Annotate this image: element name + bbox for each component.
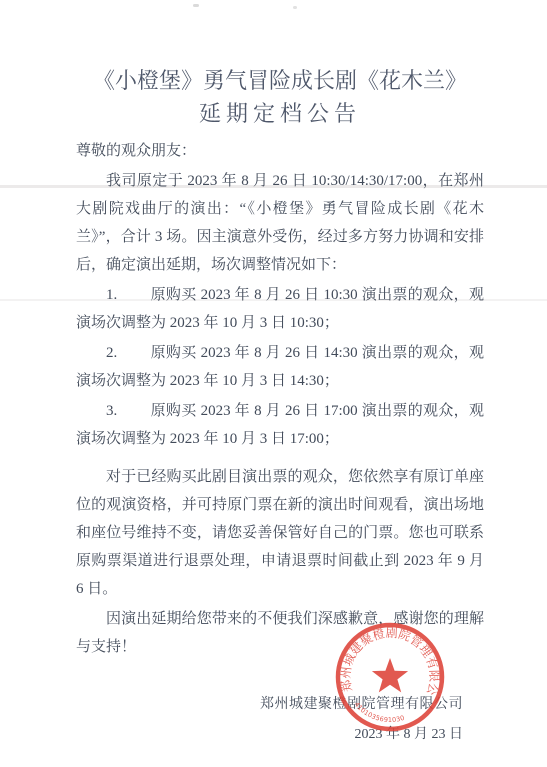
title-line1: 《小橙堡》勇气冒险成长剧《花木兰》 [76, 64, 484, 97]
schedule-item-3: 3.原购买 2023 年 8 月 26 日 17:00 演出票的观众，观演场次调… [76, 397, 484, 453]
schedule-item-2: 2.原购买 2023 年 8 月 26 日 14:30 演出票的观众，观演场次调… [76, 339, 484, 395]
page-title: 《小橙堡》勇气冒险成长剧《花木兰》 延期定档公告 [76, 64, 484, 130]
item-1-number: 1. [106, 287, 117, 303]
item-3-text: 原购买 2023 年 8 月 26 日 17:00 演出票的观众，观演场次调整为… [76, 403, 484, 447]
announcement-document: 《小橙堡》勇气冒险成长剧《花木兰》 延期定档公告 尊敬的观众朋友： 我司原定于 … [0, 0, 547, 767]
apology-paragraph: 因演出延期给您带来的不便我们深感歉意，感谢您的理解与支持！ [76, 605, 484, 661]
signature-company: 郑州城建聚橙剧院管理有限公司 [76, 691, 463, 719]
refund-policy-paragraph: 对于已经购买此剧目演出票的观众，您依然享有原订单座位的观演资格，并可持原门票在新… [76, 463, 484, 603]
signature-block: 郑州城建聚橙剧院管理有限公司 2023 年 8 月 23 日 [76, 691, 484, 749]
item-2-number: 2. [106, 345, 117, 361]
greeting: 尊敬的观众朋友： [76, 137, 484, 165]
document-body: 《小橙堡》勇气冒险成长剧《花木兰》 延期定档公告 尊敬的观众朋友： 我司原定于 … [76, 64, 484, 749]
intro-paragraph: 我司原定于 2023 年 8 月 26 日 10:30/14:30/17:00，… [76, 167, 484, 279]
schedule-item-1: 1.原购买 2023 年 8 月 26 日 10:30 演出票的观众，观演场次调… [76, 281, 484, 337]
item-3-number: 3. [106, 403, 117, 419]
item-2-text: 原购买 2023 年 8 月 26 日 14:30 演出票的观众，观演场次调整为… [76, 345, 484, 389]
item-1-text: 原购买 2023 年 8 月 26 日 10:30 演出票的观众，观演场次调整为… [76, 287, 484, 331]
title-line2: 延期定档公告 [76, 97, 484, 130]
scan-speck [293, 6, 297, 9]
signature-date: 2023 年 8 月 23 日 [76, 721, 463, 749]
scan-speck [193, 4, 199, 7]
